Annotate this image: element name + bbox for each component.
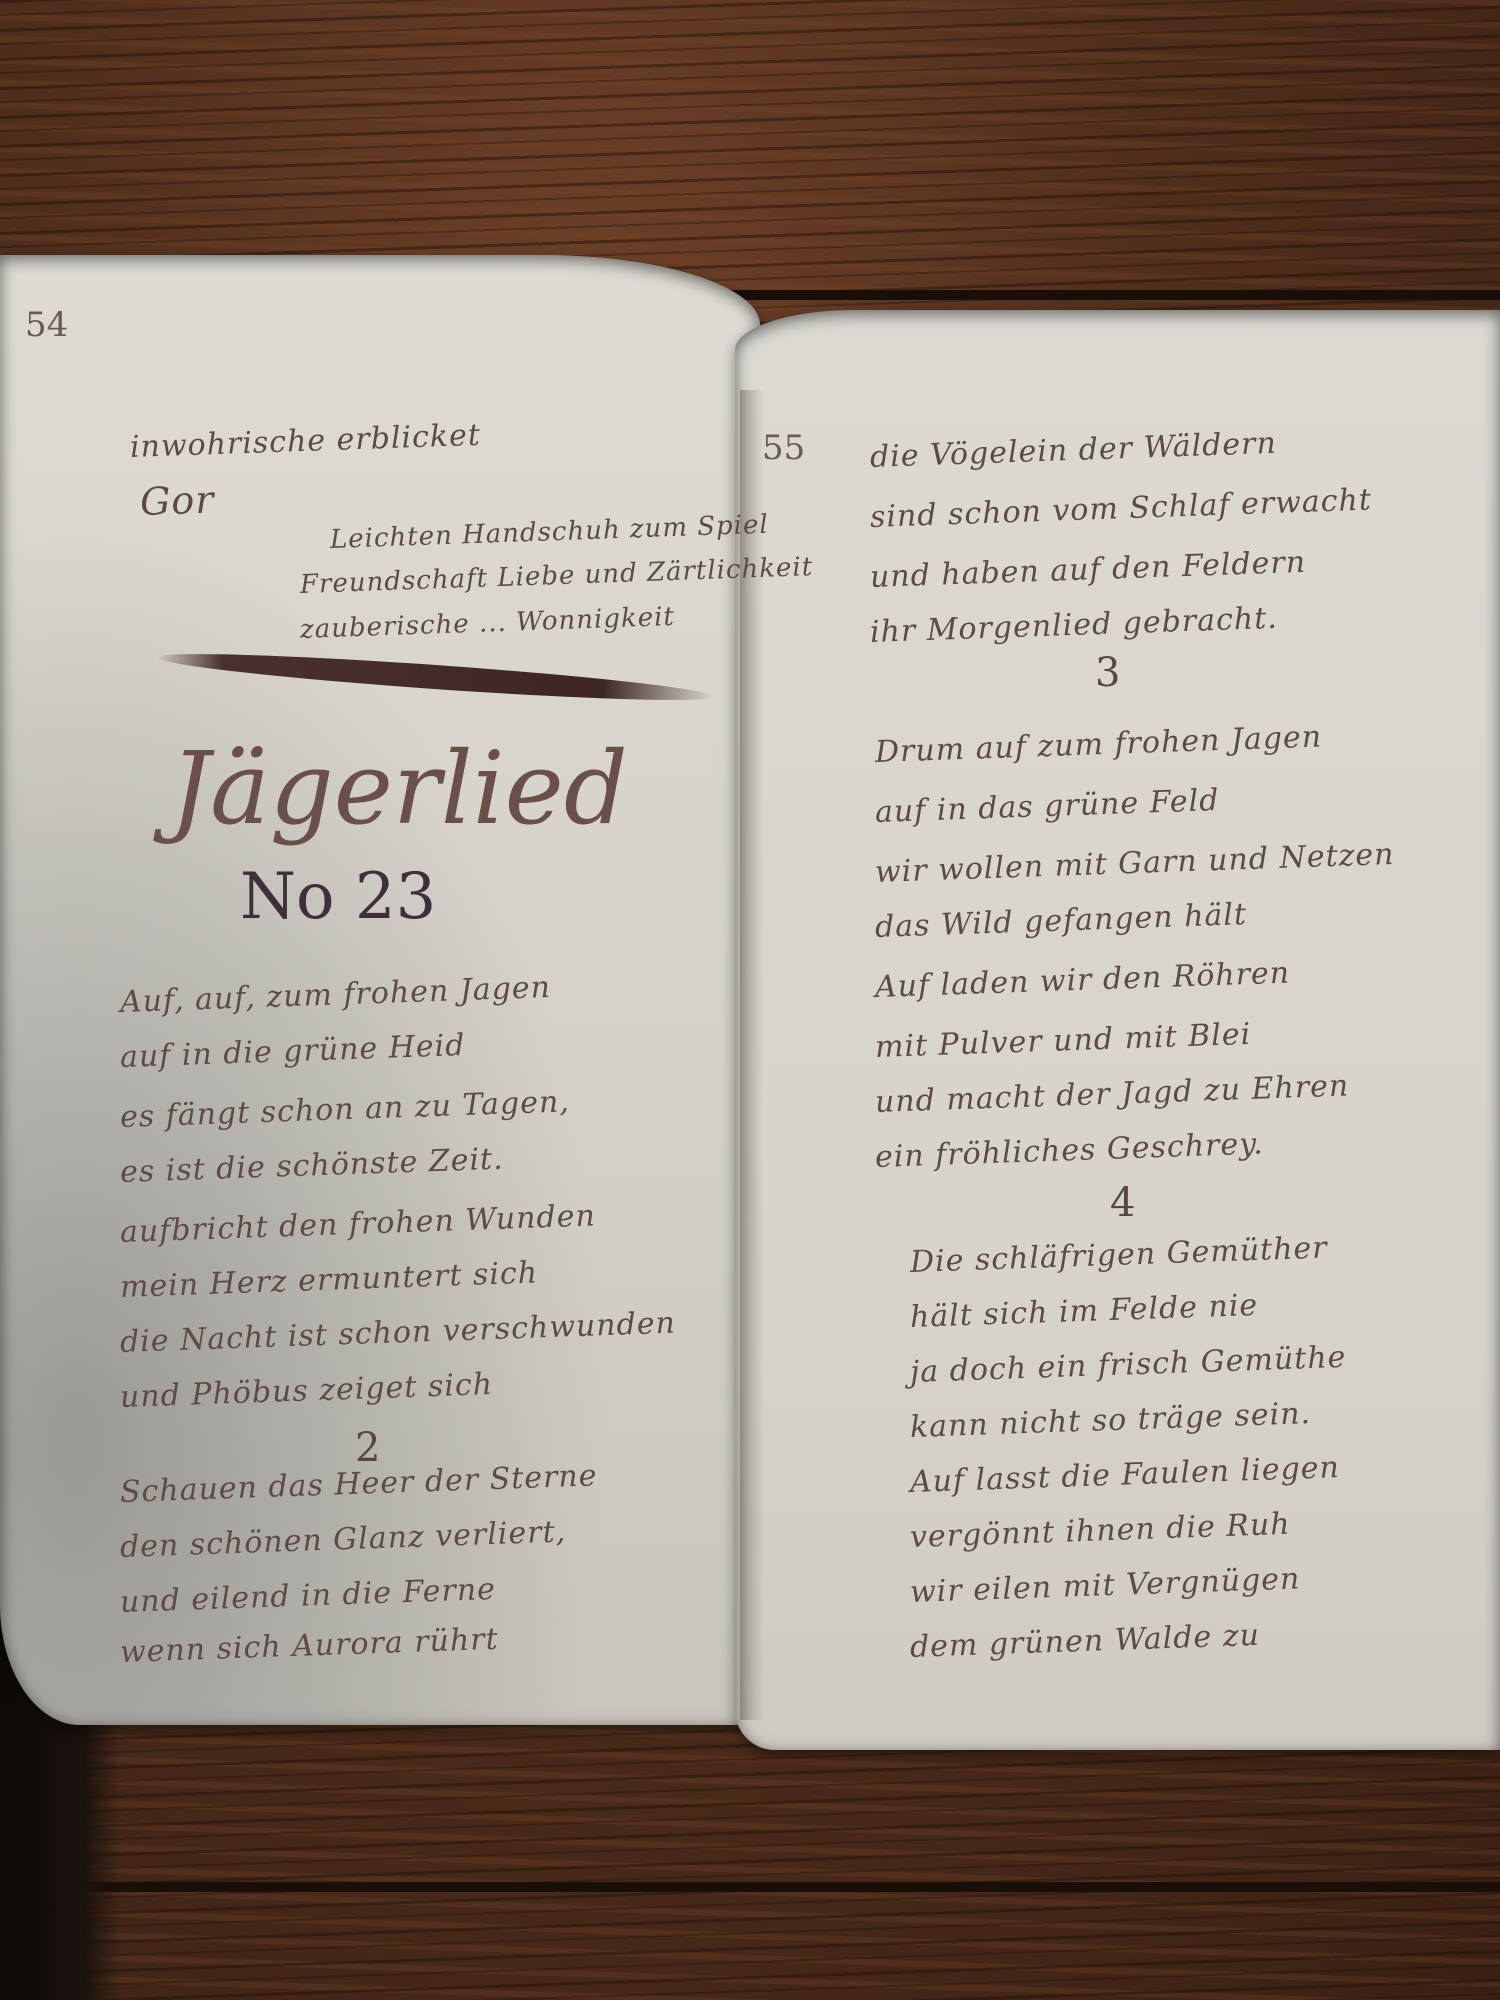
verse-number: 3 [1095,650,1120,696]
table-groove [0,1882,1500,1892]
verse-number: 4 [1110,1180,1135,1226]
book-gutter [740,390,770,1720]
song-title: Jägerlied [170,730,628,847]
page-number-left: 54 [25,305,68,345]
handwritten-line: Gor [139,477,215,524]
verse-number: 2 [355,1425,380,1471]
page-number-right: 55 [762,428,805,468]
song-number: No 23 [240,860,436,934]
